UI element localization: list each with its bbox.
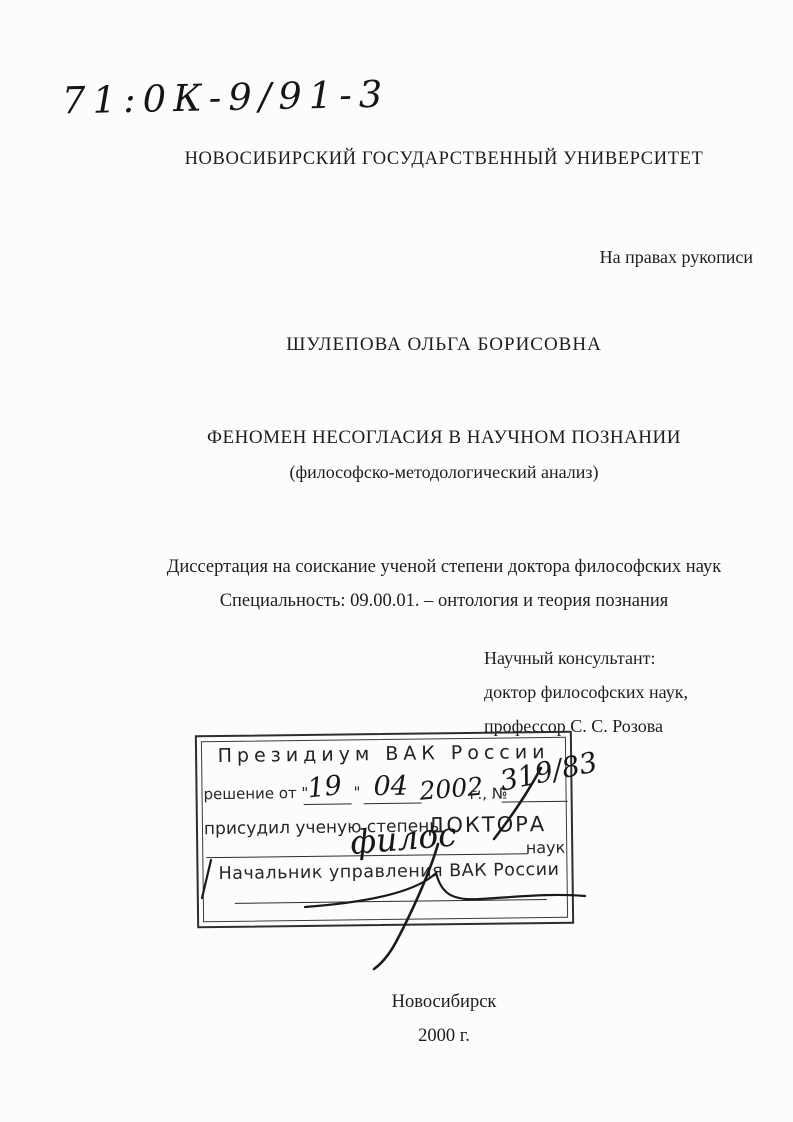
year: 2000 г. — [95, 1026, 793, 1047]
stamp-decision-prefix: решение от " — [203, 784, 308, 803]
specialty-line: Специальность: 09.00.01. – онтология и т… — [95, 591, 793, 612]
stamp-month-handwriting: 04 — [373, 771, 408, 802]
consultant-label: Научный консультант: — [484, 648, 688, 669]
consultant-degree: доктор философских наук, — [484, 682, 688, 703]
city: Новосибирск — [95, 992, 793, 1013]
vak-stamp: Президиум ВАК России решение от " 19 " 0… — [195, 731, 574, 929]
scanned-title-page: 71:0К-9/91-3 НОВОСИБИРСКИЙ ГОСУДАРСТВЕНН… — [0, 0, 793, 1122]
dissertation-degree-line: Диссертация на соискание ученой степени … — [95, 557, 793, 578]
stamp-quote: " — [353, 783, 360, 801]
dissertation-title: ФЕНОМЕН НЕСОГЛАСИЯ В НАУЧНОМ ПОЗНАНИИ — [95, 427, 793, 449]
manuscript-note: На правах рукописи — [600, 247, 753, 268]
stamp-official-line: Начальник управления ВАК России — [218, 860, 559, 884]
dissertation-subtitle: (философско-методологический анализ) — [95, 462, 793, 483]
stamp-day-handwriting: 19 — [306, 770, 343, 804]
author-name: ШУЛЕПОВА ОЛЬГА БОРИСОВНА — [95, 334, 793, 356]
university-name: НОВОСИБИРСКИЙ ГОСУДАРСТВЕННЫЙ УНИВЕРСИТЕ… — [95, 149, 793, 170]
call-number-handwriting: 71:0К-9/91-3 — [62, 73, 390, 123]
stamp-field-suffix: наук — [526, 838, 566, 857]
